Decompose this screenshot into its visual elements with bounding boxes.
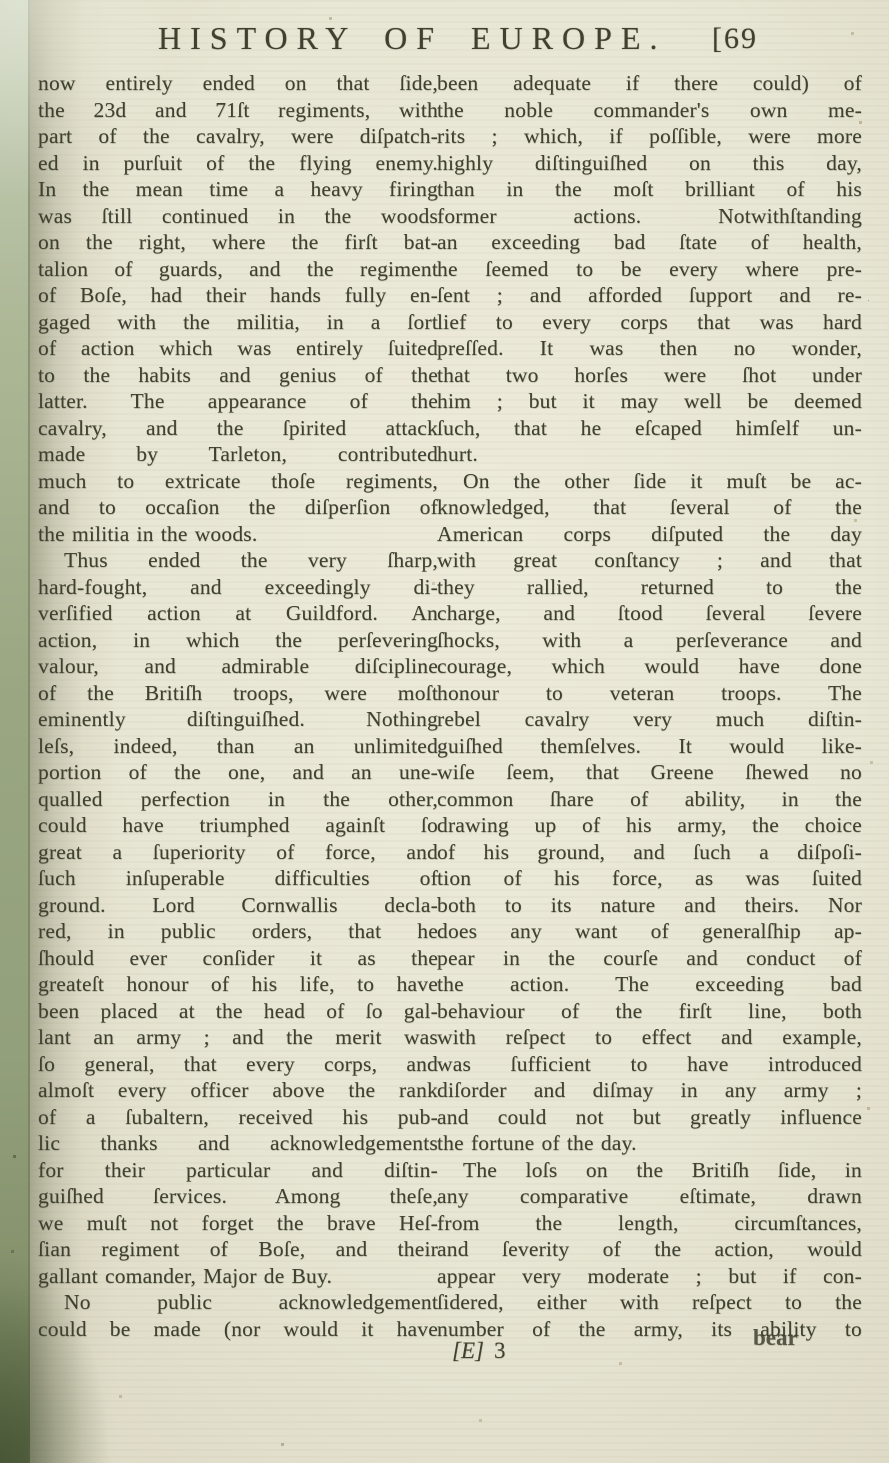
text-line: guiſhed themſelves. It would like-	[437, 733, 862, 760]
text-line: behaviour of the firſt line, both	[437, 998, 862, 1025]
text-line: of a ſubaltern, received his pub-	[38, 1104, 438, 1131]
text-line: On the other ſide it muſt be ac-	[437, 468, 862, 495]
text-line: to the habits and genius of the	[38, 362, 438, 389]
text-line: ground. Lord Cornwallis decla-	[38, 892, 438, 919]
text-line: ſhould ever conſider it as the	[38, 945, 438, 972]
text-line: pear in the courſe and conduct of	[437, 945, 862, 972]
text-line: of his ground, and ſuch a diſpoſi-	[437, 839, 862, 866]
text-line: common ſhare of ability, in the	[437, 786, 862, 813]
text-line: No public acknowledgement	[38, 1289, 438, 1316]
text-line: cavalry, and the ſpirited attack	[38, 415, 438, 442]
text-line: on the right, where the firſt bat-	[38, 229, 438, 256]
signature-letter: [E]	[452, 1338, 484, 1363]
text-line: could have triumphed againſt ſo	[38, 812, 438, 839]
text-line: with great conſtancy ; and that	[437, 547, 862, 574]
text-line: eminently diſtinguiſhed. Nothing	[38, 706, 438, 733]
text-line: qualled perfection in the other,	[38, 786, 438, 813]
text-line: gaged with the militia, in a ſort	[38, 309, 438, 336]
text-line: tion of his force, as was ſuited	[437, 865, 862, 892]
paper-specks	[0, 0, 1, 1]
right-column: been adequate if there could) ofthe nobl…	[437, 70, 862, 1342]
text-line: much to extricate thoſe regiments,	[38, 468, 438, 495]
text-line: ſo general, that every corps, and	[38, 1051, 438, 1078]
page-title: HISTORY OF EUROPE.	[158, 20, 667, 57]
signature-number: 3	[494, 1338, 506, 1363]
text-line: charge, and ſtood ſeveral ſevere	[437, 600, 862, 627]
text-line: and ſeverity of the action, would	[437, 1236, 862, 1263]
left-column: now entirely ended on that ſide,the 23d …	[38, 70, 438, 1342]
text-line: verſified action at Guildford. An	[38, 600, 438, 627]
text-line: with reſpect to effect and example,	[437, 1024, 862, 1051]
text-line: ſuch inſuperable difficulties of	[38, 865, 438, 892]
text-line: action, in which the perſevering	[38, 627, 438, 654]
text-line: and to occaſion the diſperſion of	[38, 494, 438, 521]
page-number: [69	[712, 22, 758, 56]
text-line: latter. The appearance of the	[38, 388, 438, 415]
text-line: former actions. Notwithſtanding	[437, 203, 862, 230]
text-line: portion of the one, and an une-	[38, 759, 438, 786]
text-line: lief to every corps that was hard	[437, 309, 862, 336]
text-line: red, in public orders, that he	[38, 918, 438, 945]
text-line: of action which was entirely ſuited	[38, 335, 438, 362]
text-line: been placed at the head of ſo gal-	[38, 998, 438, 1025]
text-line: wiſe ſeem, that Greene ſhewed no	[437, 759, 862, 786]
text-line: been adequate if there could) of	[437, 70, 862, 97]
text-line: lic thanks and acknowledgements	[38, 1130, 438, 1157]
text-line: ſuch, that he eſcaped himſelf un-	[437, 415, 862, 442]
text-line: appear very moderate ; but if con-	[437, 1263, 862, 1290]
text-line: the noble commander's own me-	[437, 97, 862, 124]
text-line: highly diſtinguiſhed on this day,	[437, 150, 862, 177]
text-line: made by Tarleton, contributed	[38, 441, 438, 468]
text-line: In the mean time a heavy firing	[38, 176, 438, 203]
text-line: almoſt every officer above the rank	[38, 1077, 438, 1104]
text-line: he ſeemed to be every where pre-	[437, 256, 862, 283]
text-line: the 23d and 71ſt regiments, with	[38, 97, 438, 124]
text-line: that two horſes were ſhot under	[437, 362, 862, 389]
text-line: ſidered, either with reſpect to the	[437, 1289, 862, 1316]
text-line: an exceeding bad ſtate of health,	[437, 229, 862, 256]
text-line: great a ſuperiority of force, and	[38, 839, 438, 866]
text-line: diſorder and diſmay in any army ;	[437, 1077, 862, 1104]
text-line: from the length, circumſtances,	[437, 1210, 862, 1237]
text-line: American corps diſputed the day	[437, 521, 862, 548]
catchword: bear	[753, 1325, 798, 1351]
text-line: valour, and admirable diſcipline	[38, 653, 438, 680]
text-line: ſent ; and afforded ſupport and re-	[437, 282, 862, 309]
text-line: rebel cavalry very much diſtin-	[437, 706, 862, 733]
text-line: does any want of generalſhip ap-	[437, 918, 862, 945]
text-line: ſhocks, with a perſeverance and	[437, 627, 862, 654]
text-line: for their particular and diſtin-	[38, 1157, 438, 1184]
text-line: was ſtill continued in the woods	[38, 203, 438, 230]
text-line: honour to veteran troops. The	[437, 680, 862, 707]
text-line: drawing up of his army, the choice	[437, 812, 862, 839]
text-line: the action. The exceeding bad	[437, 971, 862, 998]
text-line: now entirely ended on that ſide,	[38, 70, 438, 97]
text-line: knowledged, that ſeveral of the	[437, 494, 862, 521]
text-line: was ſufficient to have introduced	[437, 1051, 862, 1078]
text-line: part of the cavalry, were diſpatch-	[38, 123, 438, 150]
text-line: we muſt not forget the brave Heſ-	[38, 1210, 438, 1237]
text-line: talion of guards, and the regiment	[38, 256, 438, 283]
text-line: any comparative eſtimate, drawn	[437, 1183, 862, 1210]
text-line: of the Britiſh troops, were moſt	[38, 680, 438, 707]
text-line: they rallied, returned to the	[437, 574, 862, 601]
text-line: The loſs on the Britiſh ſide, in	[437, 1157, 862, 1184]
text-line: Thus ended the very ſharp,	[38, 547, 438, 574]
signature-mark: [E]3	[452, 1338, 505, 1364]
text-line: both to its nature and theirs. Nor	[437, 892, 862, 919]
text-line: gallant comander, Major de Buy.	[38, 1263, 438, 1290]
text-line: preſſed. It was then no wonder,	[437, 335, 862, 362]
text-line: hard-fought, and exceedingly di-	[38, 574, 438, 601]
text-line: and could not but greatly influence	[437, 1104, 862, 1131]
text-line: him ; but it may well be deemed	[437, 388, 862, 415]
text-line: than in the moſt brilliant of his	[437, 176, 862, 203]
text-line: guiſhed ſervices. Among theſe,	[38, 1183, 438, 1210]
book-page-scan: HISTORY OF EUROPE. [69 now entirely ende…	[0, 0, 889, 1463]
text-line: rits ; which, if poſſible, were more	[437, 123, 862, 150]
text-line: ſian regiment of Boſe, and their	[38, 1236, 438, 1263]
text-line: greateſt honour of his life, to have	[38, 971, 438, 998]
text-line: leſs, indeed, than an unlimited	[38, 733, 438, 760]
text-line: the fortune of the day.	[437, 1130, 862, 1157]
text-line: courage, which would have done	[437, 653, 862, 680]
text-line: lant an army ; and the merit was	[38, 1024, 438, 1051]
text-line: the militia in the woods.	[38, 521, 438, 548]
text-line: could be made (nor would it have	[38, 1316, 438, 1343]
text-line: hurt.	[437, 441, 862, 468]
text-line: ed in purſuit of the flying enemy.	[38, 150, 438, 177]
text-line: of Boſe, had their hands fully en-	[38, 282, 438, 309]
